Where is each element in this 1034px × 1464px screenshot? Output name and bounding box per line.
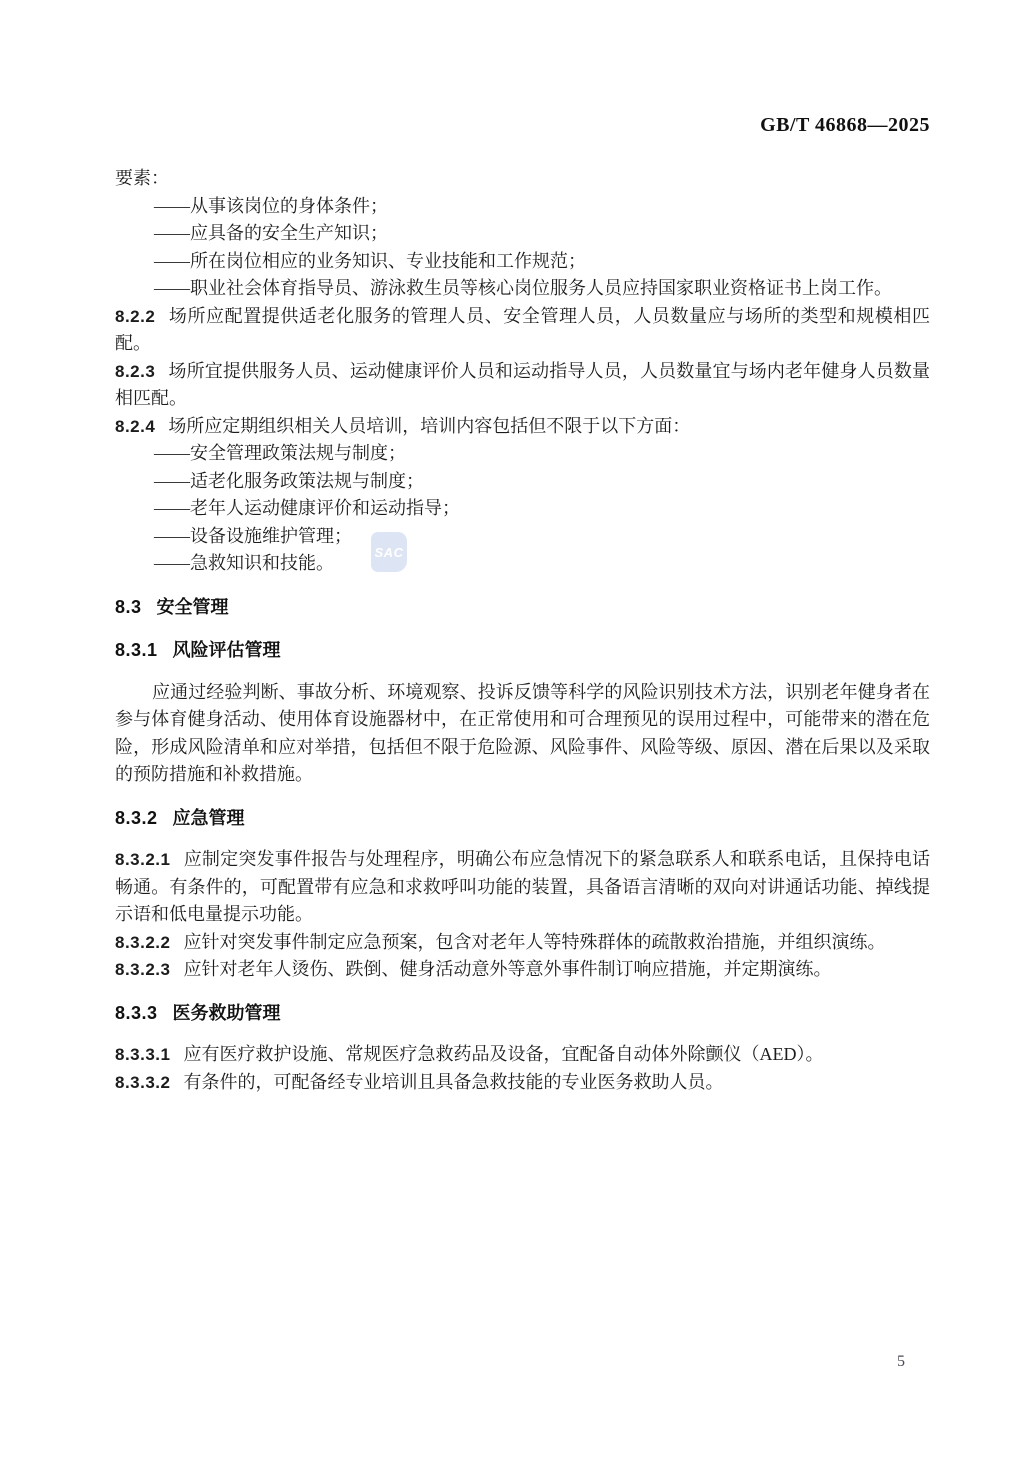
heading-title: 应急管理 <box>173 808 245 828</box>
page-header: GB/T 46868—2025 <box>115 112 930 138</box>
sac-watermark-logo: SAC <box>371 532 407 572</box>
list-item: ——设备设施维护管理； <box>115 523 930 551</box>
document-page: GB/T 46868—2025 要素： ——从事该岗位的身体条件； ——应具备的… <box>0 0 1034 1464</box>
heading-8-3-3: 8.3.3医务救助管理 <box>115 1000 930 1028</box>
heading-number: 8.3.1 <box>115 640 158 660</box>
clause-text: 应针对突发事件制定应急预案，包含对老年人等特殊群体的疏散救治措施，并组织演练。 <box>184 932 886 952</box>
clause-text: 应制定突发事件报告与处理程序，明确公布应急情况下的紧急联系人和联系电话，且保持电… <box>115 849 930 924</box>
list-item: ——适老化服务政策法规与制度； <box>115 468 930 496</box>
list-item: ——老年人运动健康评价和运动指导； <box>115 495 930 523</box>
heading-8-3-2: 8.3.2应急管理 <box>115 805 930 833</box>
heading-number: 8.3.3 <box>115 1003 158 1023</box>
paragraph-8-3-1: 应通过经验判断、事故分析、环境观察、投诉反馈等科学的风险识别技术方法，识别老年健… <box>115 679 930 789</box>
standard-number: GB/T 46868—2025 <box>760 114 930 136</box>
clause-text: 应有医疗救护设施、常规医疗急救药品及设备，宜配备自动体外除颤仪（AED）。 <box>184 1044 824 1064</box>
clause-text: 应针对老年人烫伤、跌倒、健身活动意外等意外事件制订响应措施，并定期演练。 <box>184 959 832 979</box>
clause-number: 8.3.2.2 <box>115 933 171 952</box>
lead-continuation-line: 要素： <box>115 165 930 193</box>
clause-8-3-2-2: 8.3.2.2应针对突发事件制定应急预案，包含对老年人等特殊群体的疏散救治措施，… <box>115 929 930 957</box>
list-item: ——急救知识和技能。 <box>115 550 930 578</box>
heading-title: 医务救助管理 <box>173 1003 281 1023</box>
clause-number: 8.2.4 <box>115 417 155 436</box>
heading-8-3: 8.3安全管理 <box>115 594 930 622</box>
clause-number: 8.3.2.1 <box>115 850 171 869</box>
list-item: ——应具备的安全生产知识； <box>115 220 930 248</box>
list-item: ——从事该岗位的身体条件； <box>115 193 930 221</box>
clause-8-3-3-1: 8.3.3.1应有医疗救护设施、常规医疗急救药品及设备，宜配备自动体外除颤仪（A… <box>115 1041 930 1069</box>
page-content: GB/T 46868—2025 要素： ——从事该岗位的身体条件； ——应具备的… <box>0 112 1034 1096</box>
clause-8-2-2: 8.2.2场所应配置提供适老化服务的管理人员、安全管理人员，人员数量应与场所的类… <box>115 303 930 358</box>
list-item: ——安全管理政策法规与制度； <box>115 440 930 468</box>
heading-number: 8.3 <box>115 597 142 617</box>
clause-8-2-3: 8.2.3场所宜提供服务人员、运动健康评价人员和运动指导人员，人员数量宜与场内老… <box>115 358 930 413</box>
clause-number: 8.3.2.3 <box>115 960 171 979</box>
clause-number: 8.2.2 <box>115 307 155 326</box>
clause-number: 8.3.3.2 <box>115 1073 171 1092</box>
page-number: 5 <box>888 1352 914 1372</box>
clause-8-3-2-1: 8.3.2.1应制定突发事件报告与处理程序，明确公布应急情况下的紧急联系人和联系… <box>115 846 930 929</box>
list-item: ——所在岗位相应的业务知识、专业技能和工作规范； <box>115 248 930 276</box>
heading-title: 安全管理 <box>157 597 229 617</box>
heading-8-3-1: 8.3.1风险评估管理 <box>115 637 930 665</box>
clause-8-2-4: 8.2.4场所应定期组织相关人员培训，培训内容包括但不限于以下方面： <box>115 413 930 441</box>
clause-number: 8.3.3.1 <box>115 1045 171 1064</box>
clause-text: 场所应配置提供适老化服务的管理人员、安全管理人员，人员数量应与场所的类型和规模相… <box>115 306 930 354</box>
clause-text: 场所应定期组织相关人员培训，培训内容包括但不限于以下方面： <box>168 416 690 436</box>
clause-8-3-2-3: 8.3.2.3应针对老年人烫伤、跌倒、健身活动意外等意外事件制订响应措施，并定期… <box>115 956 930 984</box>
clause-8-3-3-2: 8.3.3.2有条件的，可配备经专业培训且具备急救技能的专业医务救助人员。 <box>115 1069 930 1097</box>
heading-title: 风险评估管理 <box>173 640 281 660</box>
clause-number: 8.2.3 <box>115 362 155 381</box>
clause-text: 有条件的，可配备经专业培训且具备急救技能的专业医务救助人员。 <box>184 1072 724 1092</box>
clause-text: 场所宜提供服务人员、运动健康评价人员和运动指导人员，人员数量宜与场内老年健身人员… <box>115 361 930 409</box>
list-item: ——职业社会体育指导员、游泳救生员等核心岗位服务人员应持国家职业资格证书上岗工作… <box>115 275 930 303</box>
heading-number: 8.3.2 <box>115 808 158 828</box>
